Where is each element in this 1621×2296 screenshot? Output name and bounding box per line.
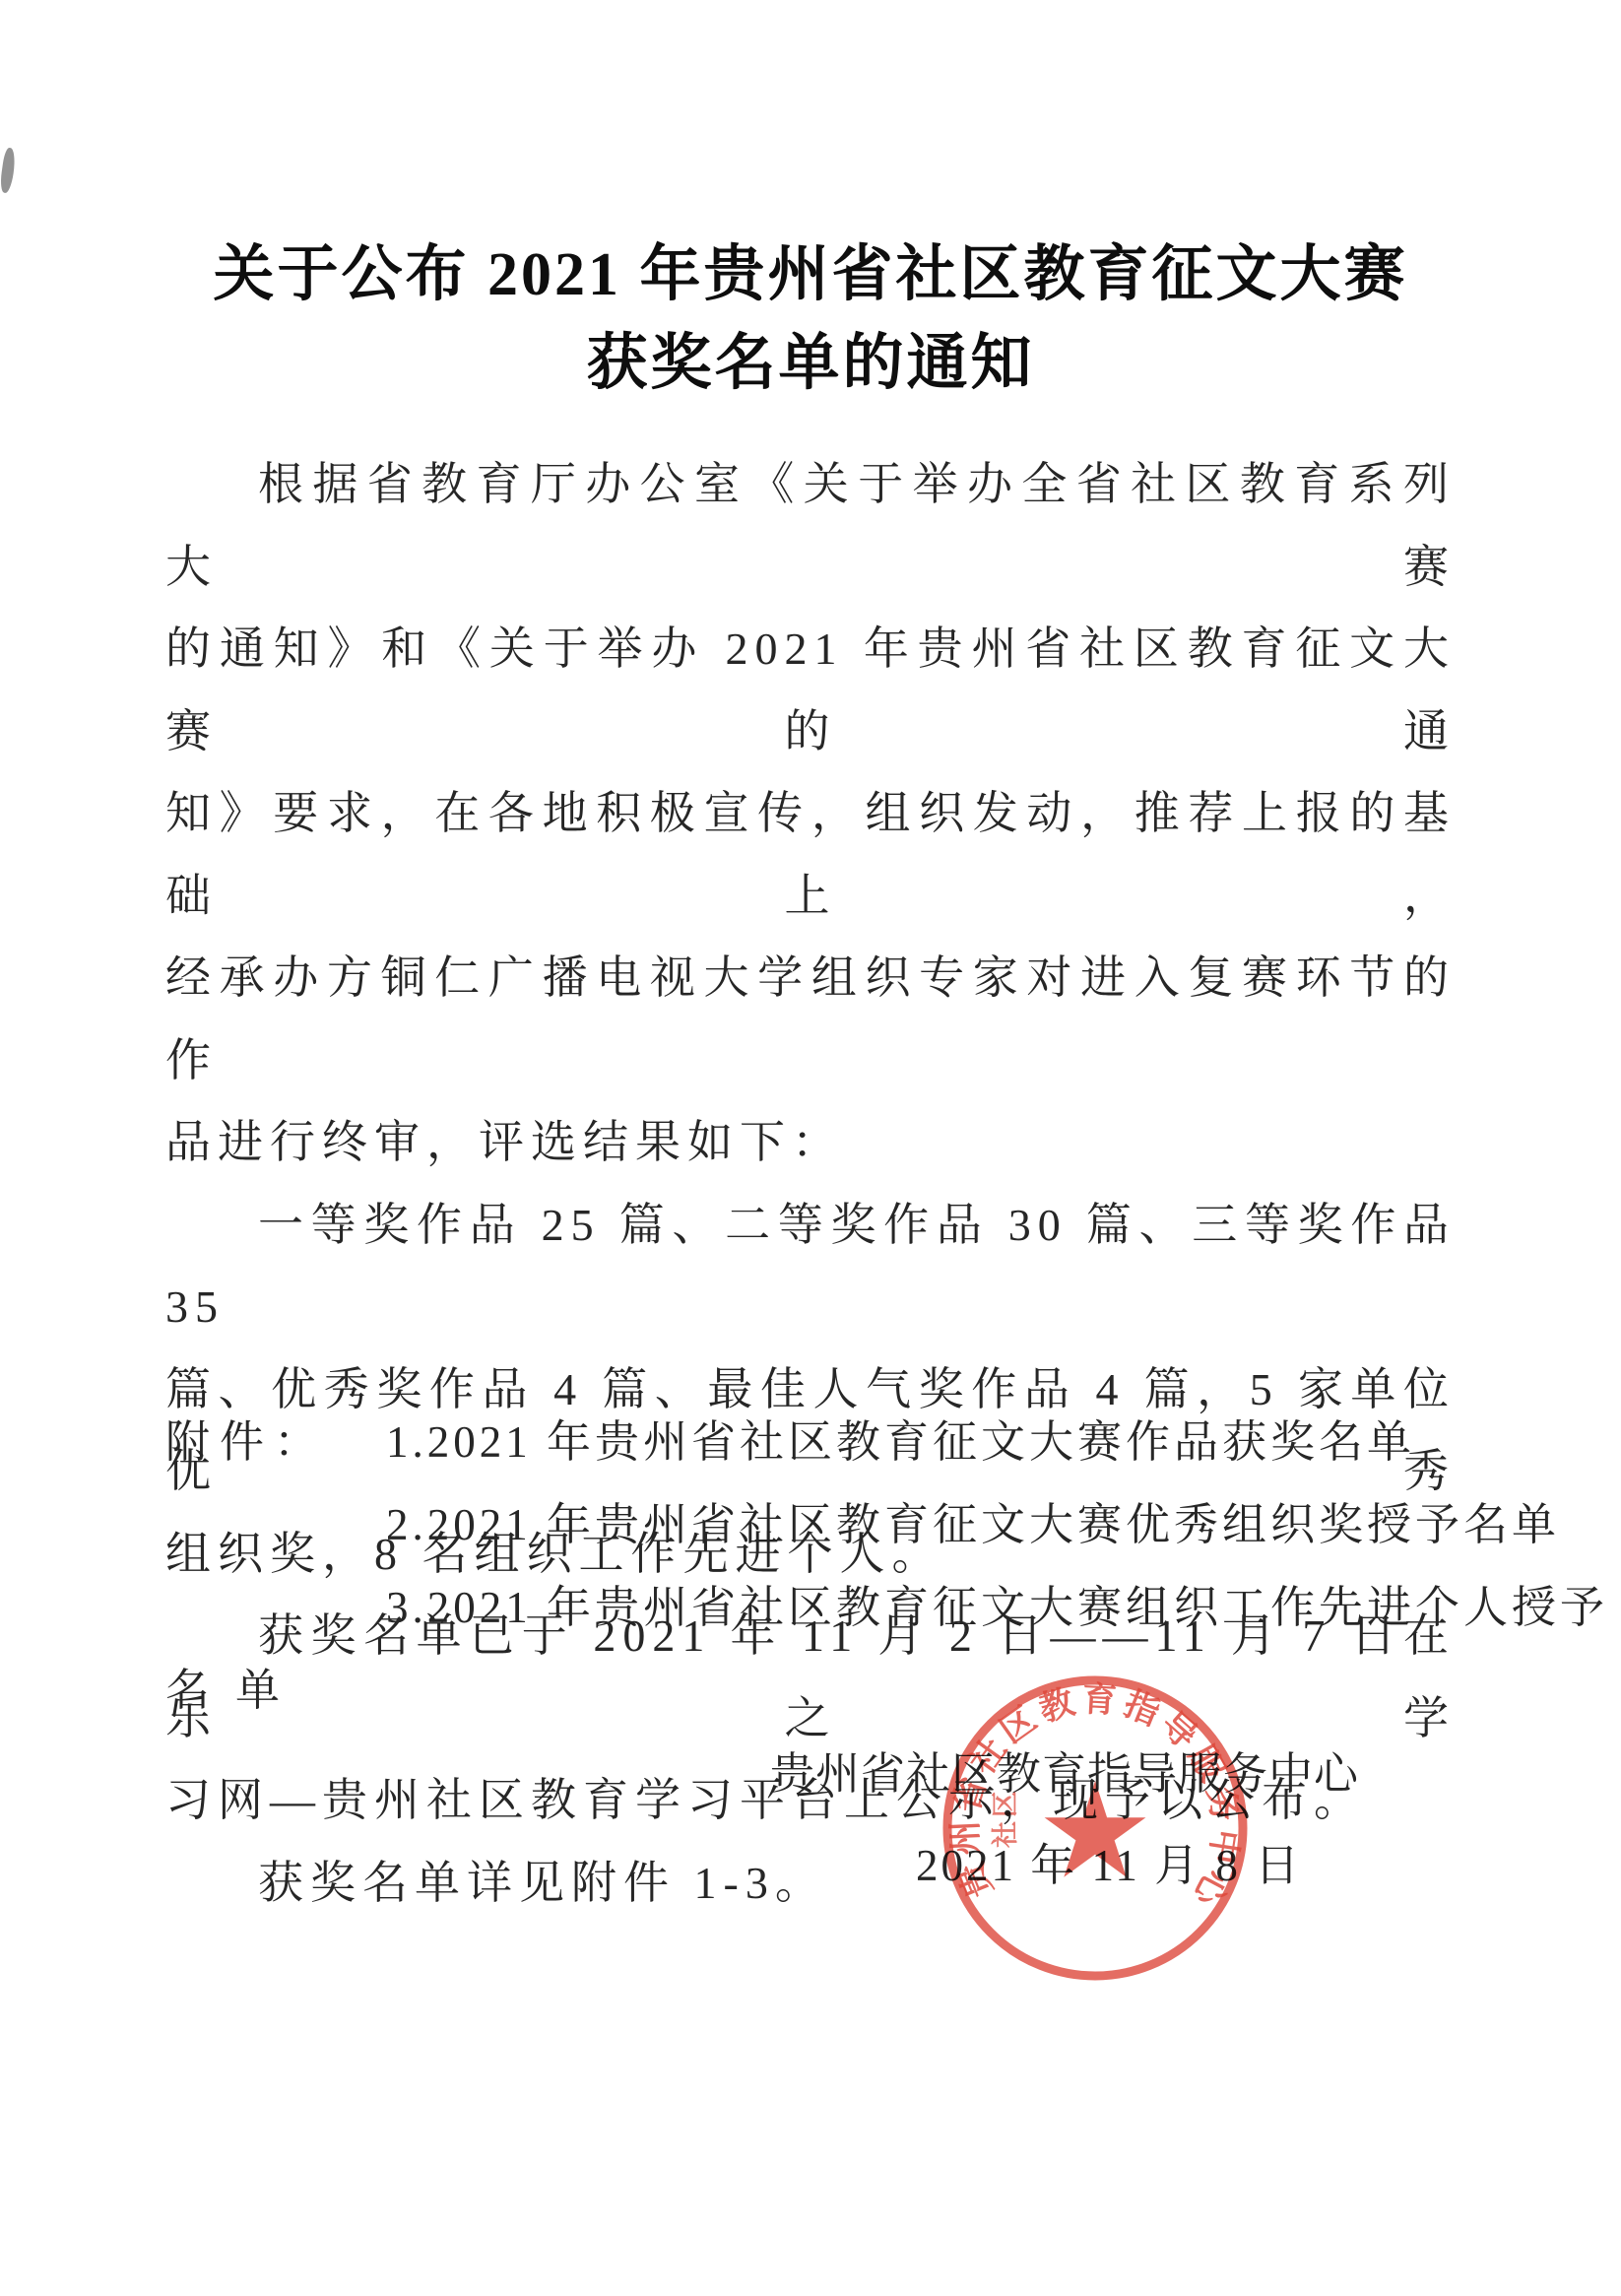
attachment-overflow-line: 名单 (165, 1649, 1456, 1732)
body-line: 经承办方铜仁广播电视大学组织专家对进入复赛环节的作 (165, 937, 1456, 1101)
title-line-2: 获奖名单的通知 (586, 330, 1034, 397)
body-line: 一等奖作品 25 篇、二等奖作品 30 篇、三等奖作品 35 (165, 1184, 1456, 1348)
attachment-item: 2.2021 年贵州省社区教育征文大赛优秀组织奖授予名单 (386, 1483, 1456, 1566)
attachment-item: 1.2021 年贵州省社区教育征文大赛作品获奖名单 (386, 1401, 1456, 1483)
seal-star (1045, 1781, 1146, 1877)
official-seal: 贵州省社区教育指导服务中心 社区 (937, 1670, 1254, 1987)
document-page: 关于公布 2021 年贵州省社区教育征文大赛 获奖名单的通知 根据省教育厅办公室… (0, 0, 1621, 2296)
document-title: 关于公布 2021 年贵州省社区教育征文大赛 获奖名单的通知 (0, 230, 1621, 408)
attachments-label: 附件： (165, 1401, 328, 1483)
title-line-1: 关于公布 2021 年贵州省社区教育征文大赛 (213, 241, 1407, 308)
scan-artifact (0, 147, 17, 193)
body-line: 知》要求，在各地积极宣传，组织发动，推荐上报的基础上， (165, 772, 1456, 937)
attachments-list: 1.2021 年贵州省社区教育征文大赛作品获奖名单2.2021 年贵州省社区教育… (386, 1401, 1456, 1649)
body-line: 根据省教育厅办公室《关于举办全省社区教育系列大赛 (165, 443, 1456, 608)
attachments-section: 附件： 1.2021 年贵州省社区教育征文大赛作品获奖名单2.2021 年贵州省… (165, 1401, 1456, 1732)
body-line: 的通知》和《关于举办 2021 年贵州省社区教育征文大赛的通 (165, 608, 1456, 772)
attachment-item: 3.2021 年贵州省社区教育征文大赛组织工作先进个人授予 (386, 1566, 1456, 1649)
body-line: 品进行终审，评选结果如下： (165, 1101, 1456, 1184)
seal-inner-text: 社区 (991, 1787, 1020, 1848)
